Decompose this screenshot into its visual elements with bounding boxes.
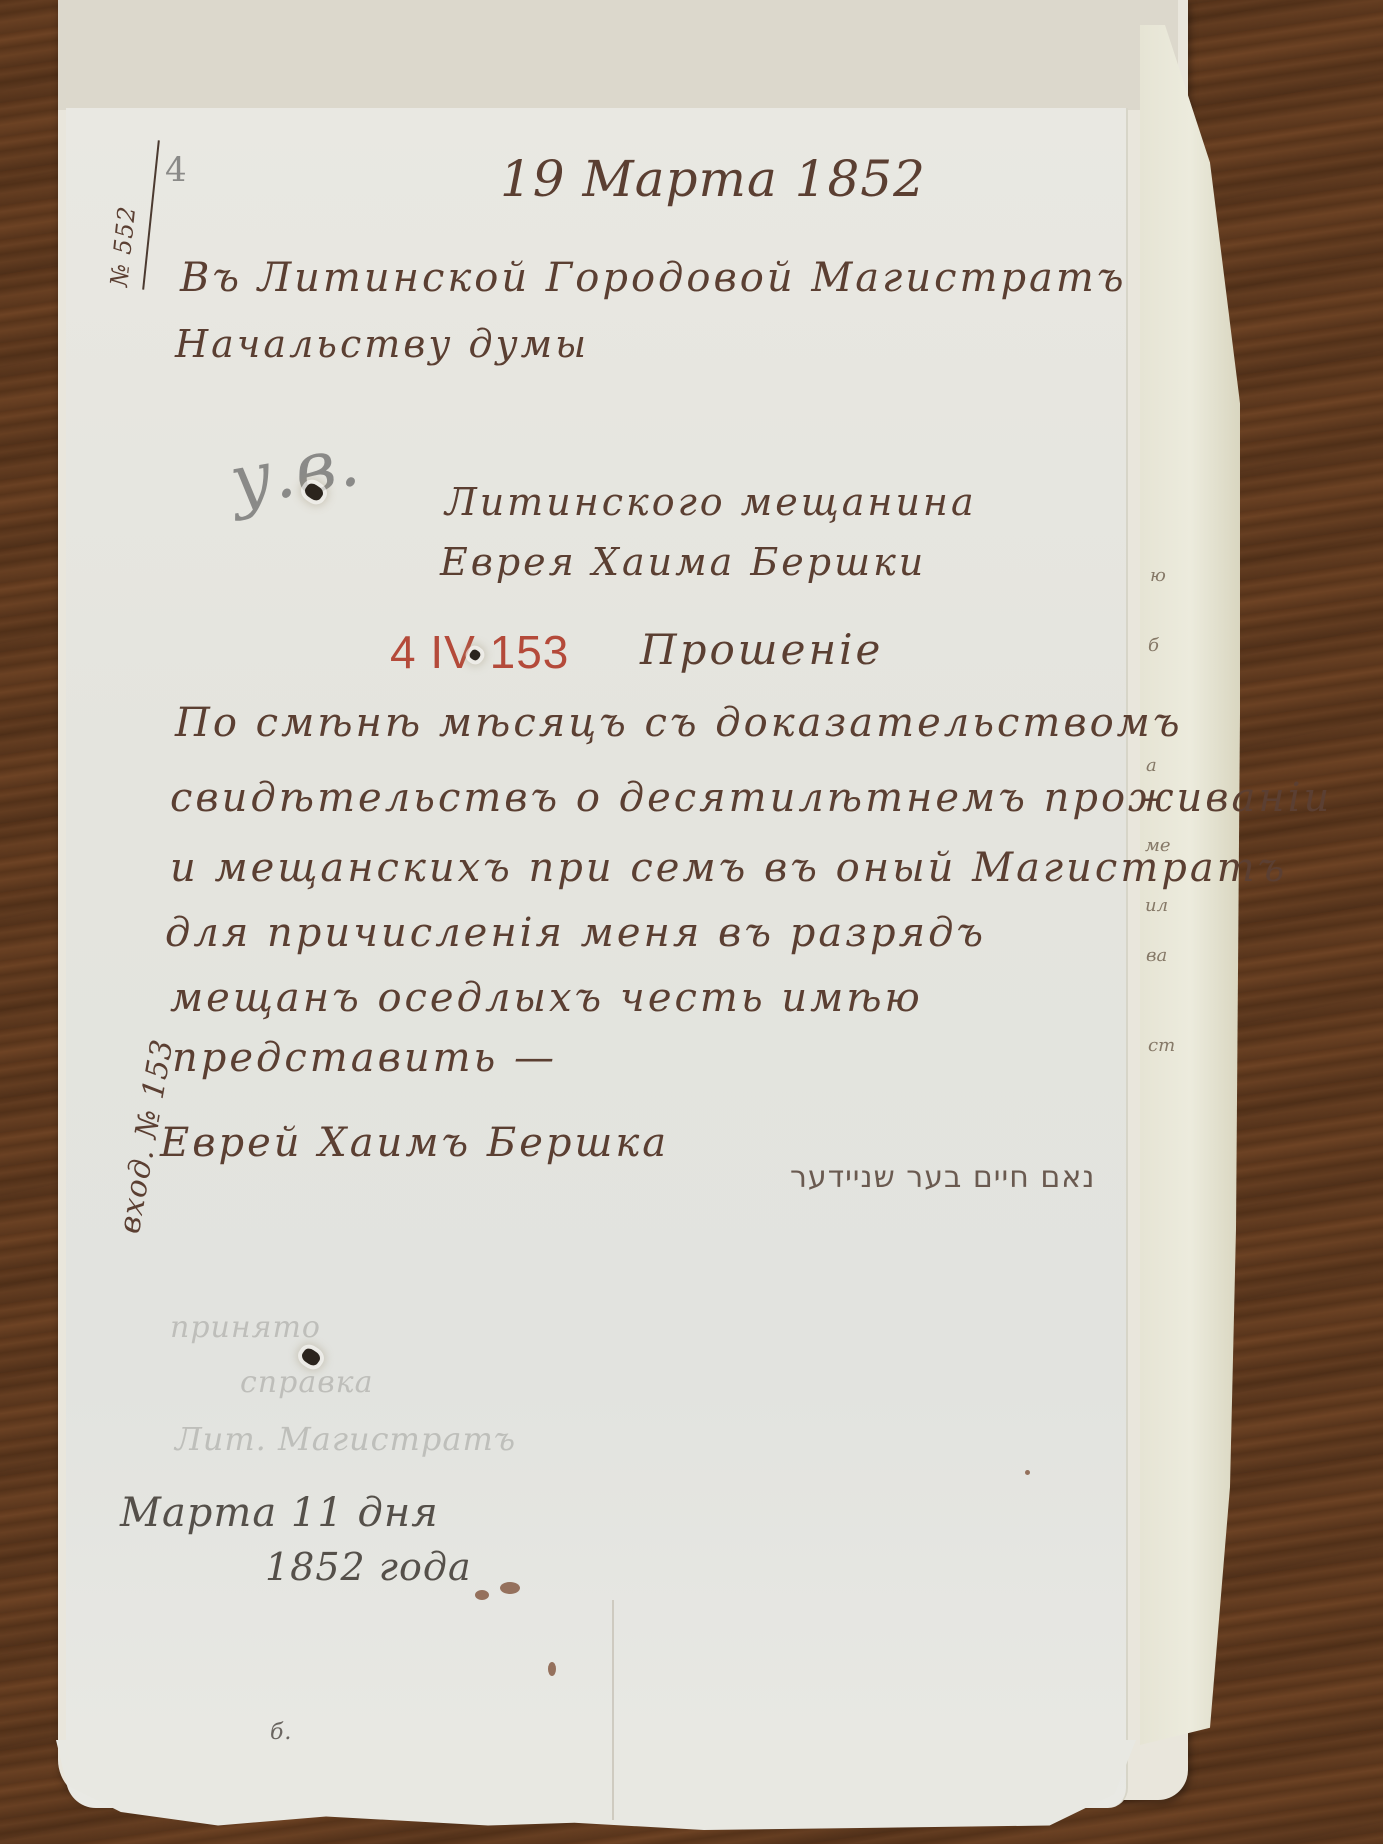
flap-fragment: ст bbox=[1148, 1035, 1175, 1056]
torn-bottom-edge bbox=[56, 1740, 1136, 1830]
corner-mark: б. bbox=[270, 1720, 292, 1745]
body-line: и мещанскихъ при семъ въ оный Магистратъ bbox=[170, 845, 1287, 891]
body-line: для причисленія меня въ разрядъ bbox=[165, 910, 986, 956]
underlying-sheet-top bbox=[58, 0, 1178, 110]
fold-crease bbox=[612, 1600, 614, 1820]
footer-date-line-1: Марта 11 дня bbox=[120, 1490, 439, 1536]
flap-fragment: ва bbox=[1146, 945, 1167, 966]
body-line: По смѣнѣ мѣсяцъ съ доказательствомъ bbox=[175, 700, 1183, 746]
ink-stain bbox=[1025, 1470, 1030, 1475]
hebrew-signature: נאם חיים בער שניידער bbox=[790, 1160, 1095, 1195]
document-title: Прошеніе bbox=[640, 625, 883, 674]
petitioner-line-1: Литинского мещанина bbox=[445, 480, 977, 524]
flap-fragment: а bbox=[1146, 755, 1157, 776]
flap-fragment: ил bbox=[1145, 895, 1168, 916]
folio-number: 4 bbox=[165, 150, 188, 190]
closing-line: Еврей Хаимъ Бершка bbox=[160, 1120, 669, 1166]
ink-stain bbox=[548, 1662, 556, 1676]
addressee-line-1: Въ Литинской Городовой Магистратъ bbox=[180, 255, 1126, 301]
body-line: мещанъ оседлыхъ честь имѣю bbox=[170, 975, 923, 1021]
body-line: свидѣтельствъ о десятилѣтнемъ проживаніи bbox=[170, 775, 1332, 821]
flap-fragment: ю bbox=[1150, 565, 1166, 586]
footer-date-line-2: 1852 года bbox=[265, 1545, 472, 1589]
faded-pencil-note: справка bbox=[240, 1365, 373, 1400]
flap-fragment: б bbox=[1148, 635, 1159, 656]
faded-pencil-note: принято bbox=[170, 1310, 321, 1345]
addressee-line-2: Начальству думы bbox=[175, 322, 589, 366]
faded-pencil-note: Лит. Магистратъ bbox=[175, 1420, 516, 1458]
ink-stain bbox=[500, 1582, 520, 1594]
body-line: представить — bbox=[172, 1035, 557, 1081]
ink-stain bbox=[475, 1590, 489, 1600]
petition-date: 19 Марта 1852 bbox=[500, 150, 926, 208]
petitioner-line-2: Еврея Хаима Бершки bbox=[440, 540, 926, 584]
